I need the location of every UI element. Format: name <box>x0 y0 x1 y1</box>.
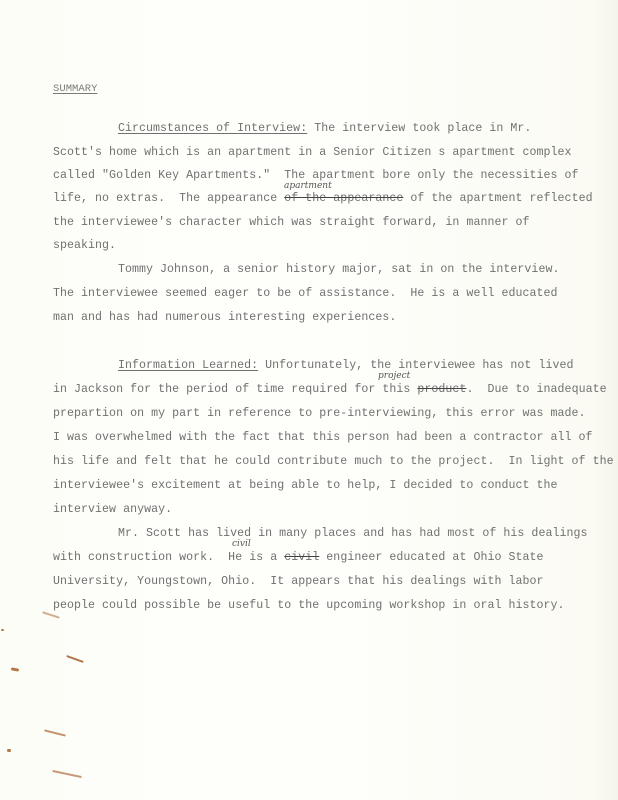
circumstances-p2-line-2: The interviewee seemed eager to be of as… <box>53 287 558 301</box>
info-line-4: I was overwhelmed with the fact that thi… <box>53 431 593 445</box>
info-line-7: interview anyway. <box>53 503 172 517</box>
circumstances-p2-line-1: Tommy Johnson, a senior history major, s… <box>118 263 559 277</box>
circumstances-line-1: Circumstances of Interview: The intervie… <box>118 122 531 136</box>
paper-stain-mark <box>11 667 19 671</box>
handwritten-correction-project: project <box>378 371 410 381</box>
info-line-6: interviewee's excitement at being able t… <box>53 479 558 493</box>
paper-stain-mark <box>52 770 82 778</box>
handwritten-correction-civil: civil <box>232 539 251 549</box>
summary-heading: SUMMARY <box>53 82 97 96</box>
circumstances-line-5: the interviewee's character which was st… <box>53 216 530 230</box>
info-line-5: his life and felt that he could contribu… <box>53 455 614 469</box>
struck-text: civil <box>284 551 319 564</box>
circumstances-title: Circumstances of Interview: <box>118 122 307 135</box>
paper-stain-mark <box>7 749 11 752</box>
info-learned-title: Information Learned: <box>118 359 258 372</box>
struck-text: of the appearance <box>284 192 403 205</box>
circumstances-line-6: speaking. <box>53 239 116 253</box>
paper-stain-mark <box>44 729 66 736</box>
info-line-2: in Jackson for the period of time requir… <box>53 383 607 397</box>
struck-text: product <box>417 383 466 396</box>
info-p2-line-1: Mr. Scott has lived in many places and h… <box>118 527 588 541</box>
document-page: SUMMARY Circumstances of Interview: The … <box>0 0 618 800</box>
info-p2-line-4: people could possible be useful to the u… <box>53 599 565 613</box>
info-p2-line-2: with construction work. He is a civil en… <box>53 551 544 565</box>
info-line-3: prepartion on my part in reference to pr… <box>53 407 586 421</box>
handwritten-correction-apartment: apartment <box>284 181 332 191</box>
info-line-1: Information Learned: Unfortunately, the … <box>118 359 574 373</box>
paper-stain-mark <box>66 655 84 663</box>
circumstances-line-2: Scott's home which is an apartment in a … <box>53 146 572 160</box>
circumstances-line-4: life, no extras. The appearance of the a… <box>53 192 593 206</box>
paper-stain-mark <box>1 629 4 631</box>
info-p2-line-3: University, Youngstown, Ohio. It appears… <box>53 575 544 589</box>
circumstances-p2-line-3: man and has had numerous interesting exp… <box>53 311 396 325</box>
